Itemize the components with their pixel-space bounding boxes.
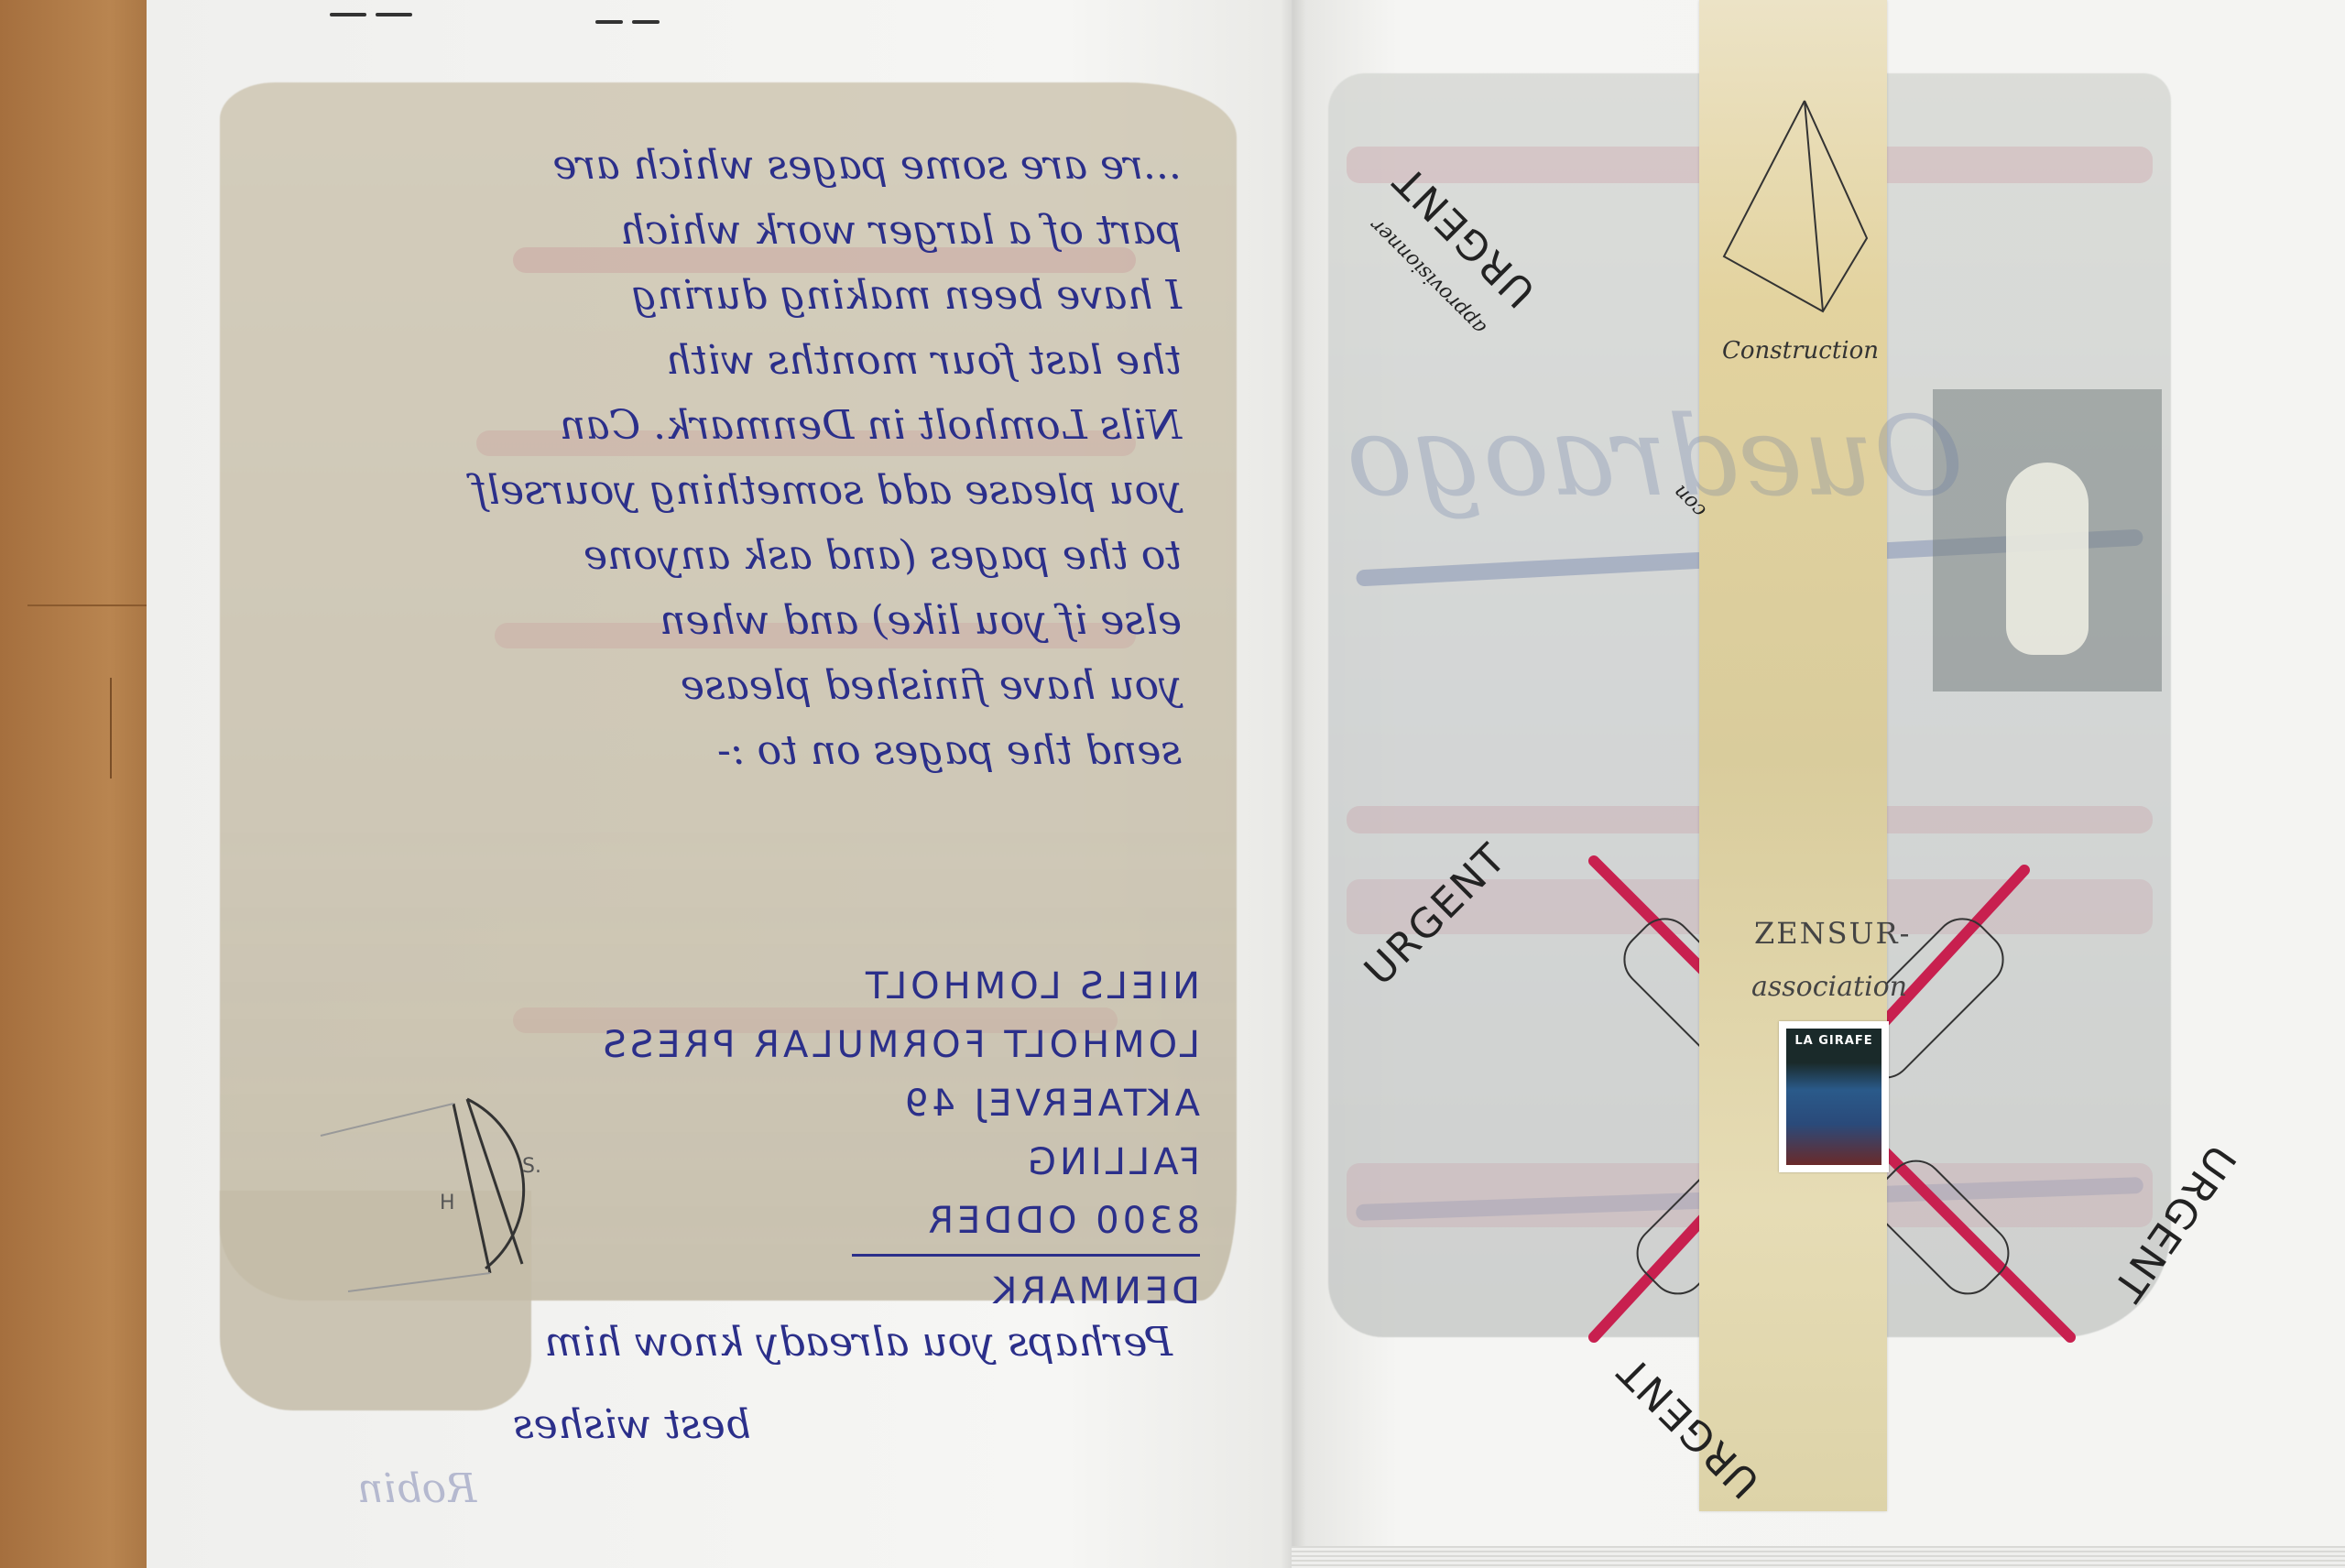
letter-line: else if you like) and when	[339, 588, 1182, 653]
postscript: Perhaps you already know him	[440, 1319, 1172, 1366]
letter-line: you please add something yourself	[339, 458, 1182, 523]
la-girafe-stamp: LA GIRAFE	[1779, 1021, 1889, 1172]
address-line: DENMARK	[540, 1262, 1200, 1321]
closing: best wishes	[513, 1401, 751, 1448]
pencil-dash	[595, 20, 623, 24]
geometric-sketch: H S.	[293, 1081, 568, 1301]
letter-line: to the pages (and ask anyone	[339, 523, 1182, 588]
letter-line: send the pages on to :-	[339, 718, 1182, 783]
handwritten-letter: ...re are some pages which are part of a…	[339, 133, 1182, 783]
construction-caption: Construction	[1722, 337, 1879, 365]
zensur-note: ZENSUR-	[1754, 916, 1911, 951]
mouse-stamp-image	[1933, 389, 2162, 691]
letter-line: the last four months with	[339, 328, 1182, 393]
letter-line: I have been making during	[339, 263, 1182, 328]
stamp-image: LA GIRAFE	[1786, 1029, 1881, 1165]
book-gutter	[1281, 0, 1306, 1568]
address-underline	[852, 1254, 1200, 1257]
page-edges	[1292, 1546, 2345, 1568]
mailing-address: NIELS LOMHOLT LOMHOLT FORMULAR PRESS AKT…	[540, 957, 1200, 1321]
mouse-figure	[2006, 463, 2089, 655]
cardboard-slot	[110, 678, 112, 779]
letter-line: part of a larger work which	[339, 198, 1182, 263]
sketch-label-h: H	[440, 1192, 455, 1214]
address-line: FALLING	[540, 1133, 1200, 1192]
pyramid-drawing	[1713, 92, 1878, 330]
letter-line: Nils Lomholt in Denmark. Can	[339, 393, 1182, 458]
faint-background-word: Ouedraogo	[1347, 394, 1964, 521]
letter-line: you have finished please	[339, 653, 1182, 718]
stamp-label: LA GIRAFE	[1786, 1034, 1881, 1048]
signature: Robin	[357, 1465, 476, 1512]
cardboard-crease	[27, 604, 156, 606]
address-line: NIELS LOMHOLT	[540, 957, 1200, 1016]
letter-line: ...re are some pages which are	[339, 133, 1182, 198]
address-line: AKTAERVEJ 49	[540, 1074, 1200, 1133]
address-line: 8300 ODDER	[540, 1192, 1200, 1250]
pencil-dash	[632, 20, 660, 24]
pencil-dash	[376, 13, 412, 16]
pencil-dash	[330, 13, 366, 16]
sketch-label-s: S.	[522, 1155, 541, 1178]
address-line: LOMHOLT FORMULAR PRESS	[540, 1016, 1200, 1074]
association-note: association	[1751, 971, 1907, 1003]
